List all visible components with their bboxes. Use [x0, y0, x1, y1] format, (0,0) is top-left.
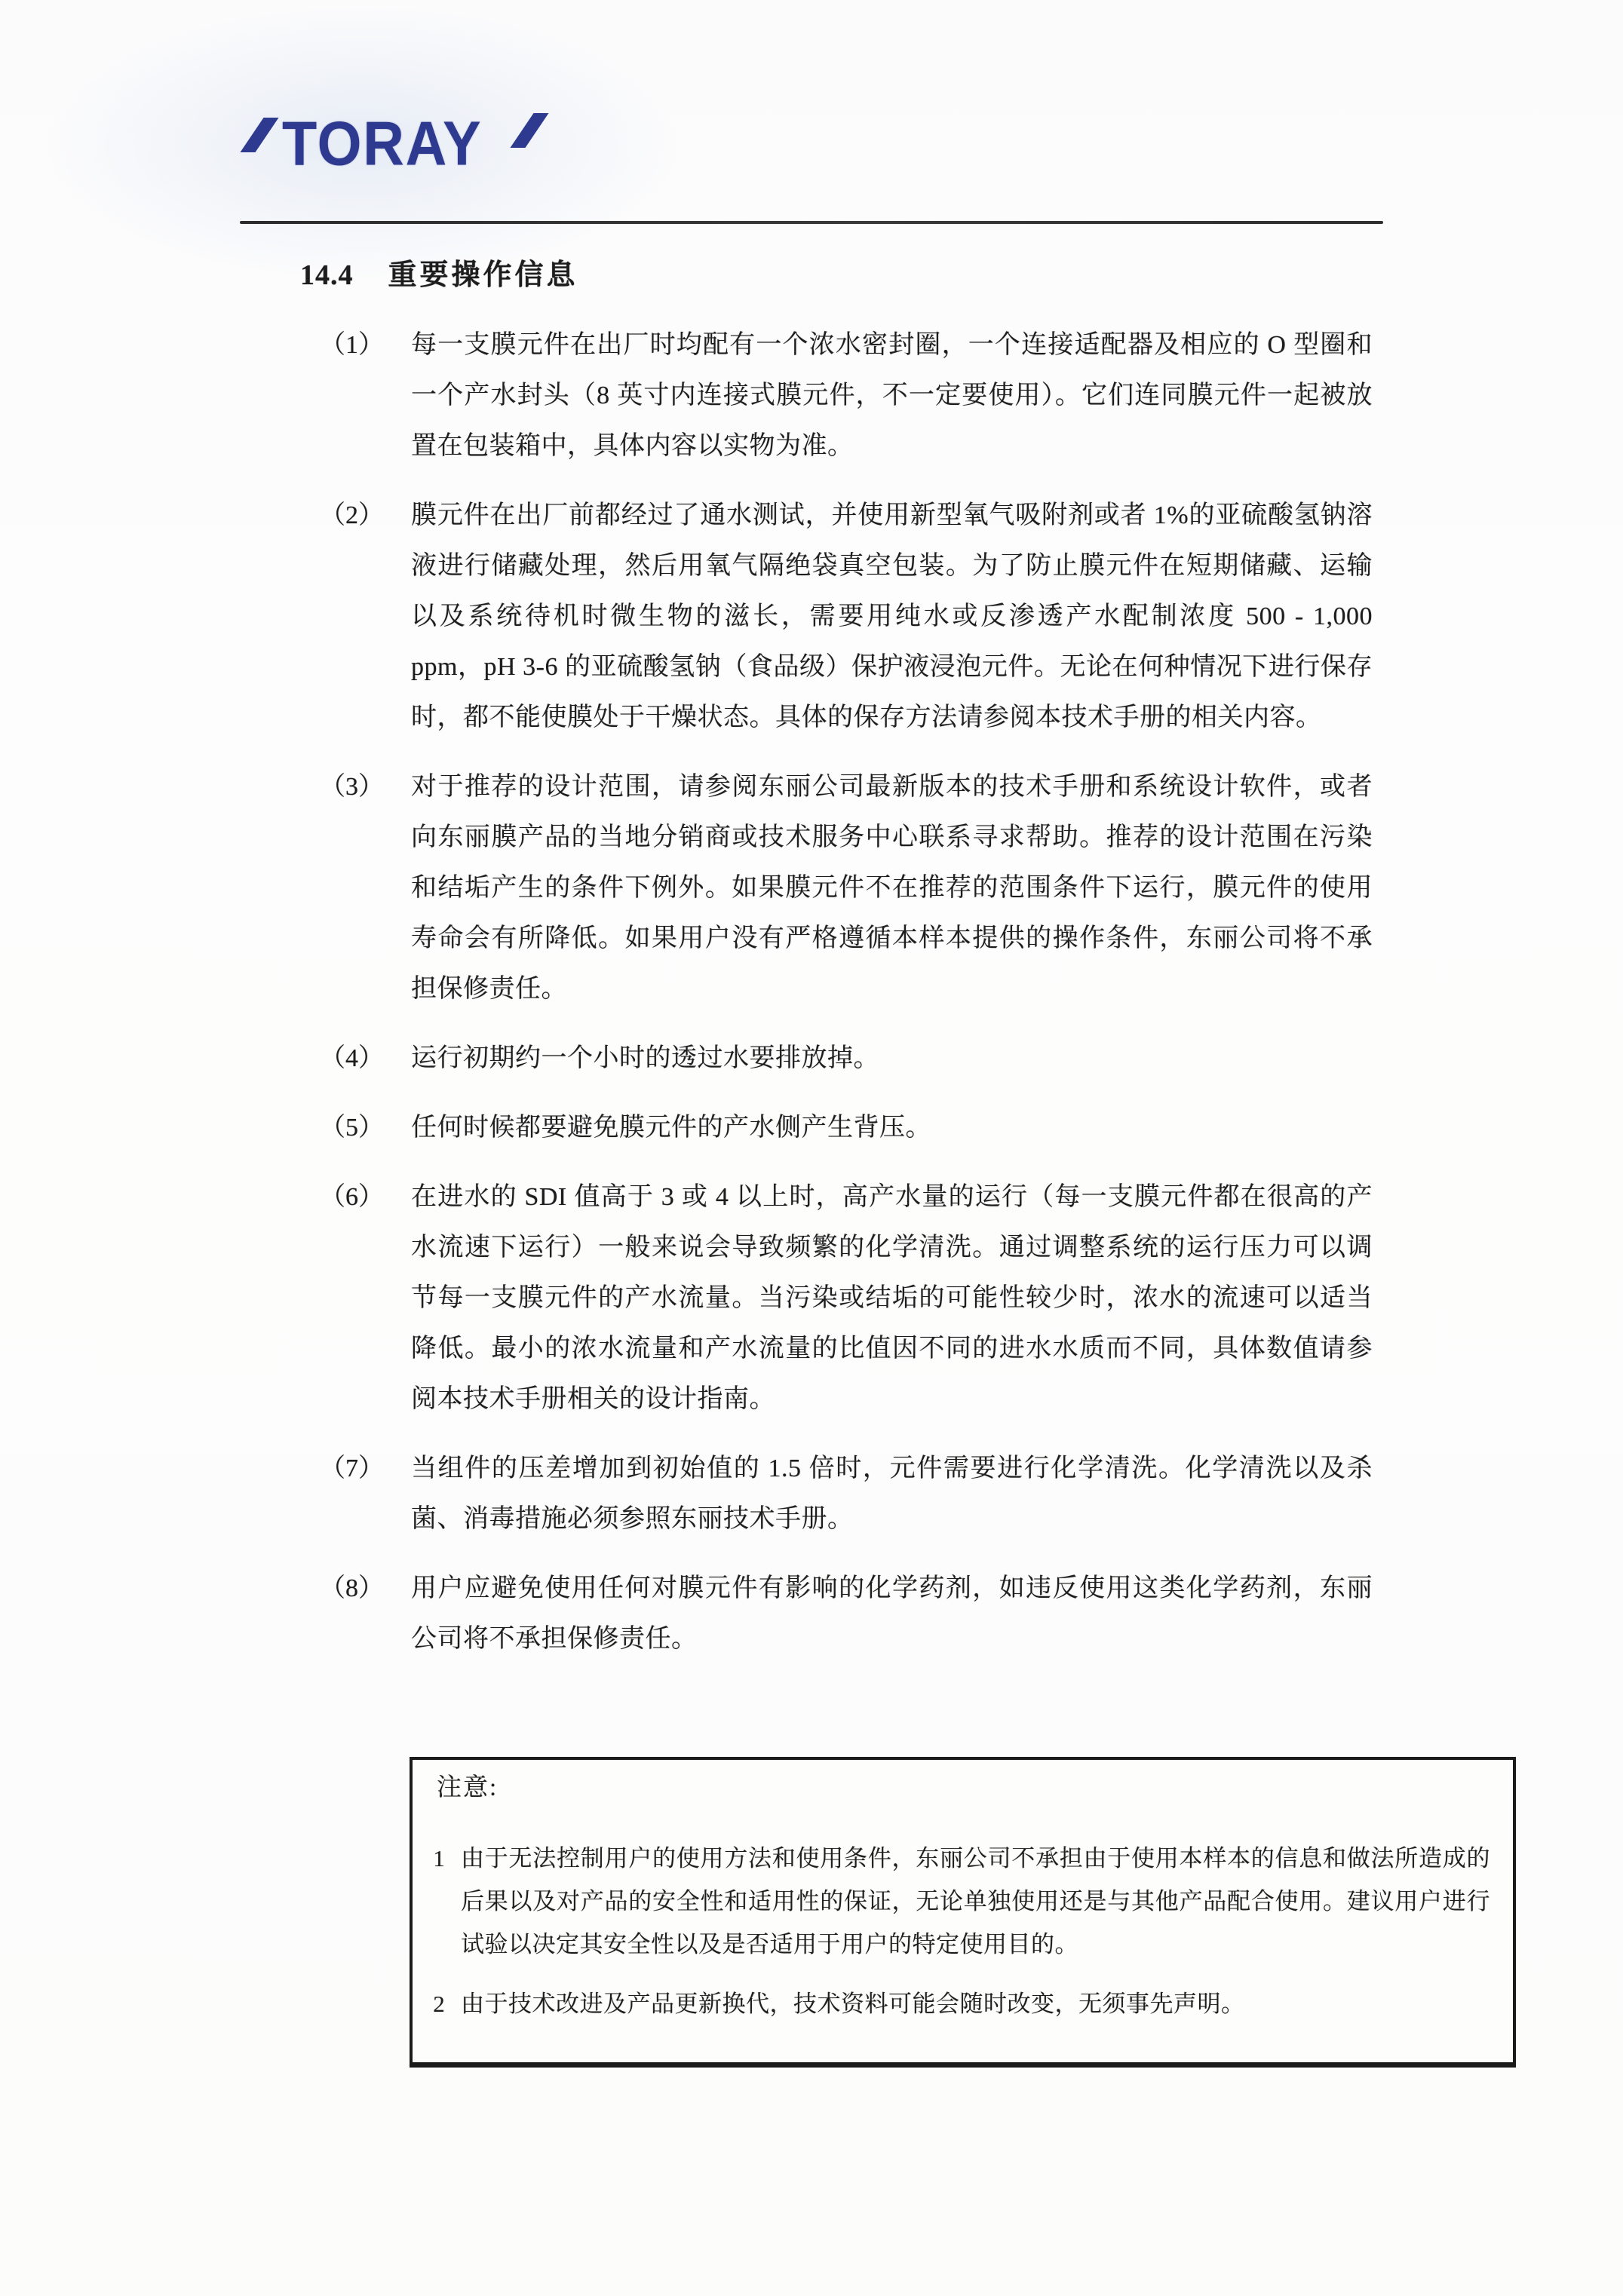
- note-box-title: 注意:: [437, 1770, 1490, 1805]
- section-number: 14.4: [300, 256, 354, 294]
- numbered-paragraph: （8） 用户应避免使用任何对膜元件有影响的化学药剂，如违反使用这类化学药剂，东丽…: [320, 1563, 1373, 1664]
- paragraph-text: 运行初期约一个小时的透过水要排放掉。: [411, 1033, 1373, 1084]
- numbered-paragraph: （6） 在进水的 SDI 值高于 3 或 4 以上时，高产水量的运行（每一支膜元…: [320, 1172, 1373, 1424]
- logo-right-quote-icon: [510, 113, 548, 148]
- toray-logo: TORAY: [247, 113, 537, 181]
- paragraph-text: 膜元件在出厂前都经过了通水测试，并使用新型氧气吸附剂或者 1%的亚硫酸氢钠溶液进…: [411, 490, 1373, 743]
- paragraph-text: 用户应避免使用任何对膜元件有影响的化学药剂，如违反使用这类化学药剂，东丽公司将不…: [411, 1563, 1373, 1664]
- paragraph-number: （3）: [320, 762, 411, 1014]
- paragraph-number: （2）: [320, 490, 411, 743]
- paragraph-text: 对于推荐的设计范围，请参阅东丽公司最新版本的技术手册和系统设计软件，或者向东丽膜…: [411, 762, 1373, 1014]
- paragraph-text: 任何时候都要避免膜元件的产水侧产生背压。: [411, 1102, 1373, 1153]
- header-divider: [240, 221, 1383, 224]
- section-title: 重要操作信息: [388, 256, 578, 294]
- numbered-paragraph: （3） 对于推荐的设计范围，请参阅东丽公司最新版本的技术手册和系统设计软件，或者…: [320, 762, 1373, 1014]
- paragraph-number: （5）: [320, 1102, 411, 1153]
- logo-left-quote-icon: [240, 118, 278, 152]
- paragraph-list: （1） 每一支膜元件在出厂时均配有一个浓水密封圈，一个连接适配器及相应的 O 型…: [320, 320, 1373, 1683]
- paragraph-number: （6）: [320, 1172, 411, 1424]
- paragraph-number: （8）: [320, 1563, 411, 1664]
- note-item: 1 由于无法控制用户的使用方法和使用条件，东丽公司不承担由于使用本样本的信息和做…: [417, 1837, 1490, 1966]
- numbered-paragraph: （2） 膜元件在出厂前都经过了通水测试，并使用新型氧气吸附剂或者 1%的亚硫酸氢…: [320, 490, 1373, 743]
- logo-wordmark: TORAY: [282, 116, 482, 171]
- note-item-text: 由于技术改进及产品更新换代，技术资料可能会随时改变，无须事先声明。: [461, 1982, 1490, 2025]
- paragraph-number: （1）: [320, 320, 411, 471]
- paragraph-text: 在进水的 SDI 值高于 3 或 4 以上时，高产水量的运行（每一支膜元件都在很…: [411, 1172, 1373, 1424]
- paragraph-text: 每一支膜元件在出厂时均配有一个浓水密封圈，一个连接适配器及相应的 O 型圈和一个…: [411, 320, 1373, 471]
- numbered-paragraph: （5） 任何时候都要避免膜元件的产水侧产生背压。: [320, 1102, 1373, 1153]
- note-item: 2 由于技术改进及产品更新换代，技术资料可能会随时改变，无须事先声明。: [417, 1982, 1490, 2025]
- note-item-number: 1: [417, 1837, 461, 1966]
- paragraph-text: 当组件的压差增加到初始值的 1.5 倍时，元件需要进行化学清洗。化学清洗以及杀菌…: [411, 1443, 1373, 1544]
- paragraph-number: （7）: [320, 1443, 411, 1544]
- numbered-paragraph: （7） 当组件的压差增加到初始值的 1.5 倍时，元件需要进行化学清洗。化学清洗…: [320, 1443, 1373, 1544]
- note-item-number: 2: [417, 1982, 461, 2025]
- numbered-paragraph: （1） 每一支膜元件在出厂时均配有一个浓水密封圈，一个连接适配器及相应的 O 型…: [320, 320, 1373, 471]
- note-item-list: 1 由于无法控制用户的使用方法和使用条件，东丽公司不承担由于使用本样本的信息和做…: [417, 1837, 1490, 2025]
- note-box: 注意: 1 由于无法控制用户的使用方法和使用条件，东丽公司不承担由于使用本样本的…: [410, 1757, 1516, 2068]
- section-heading: 14.4 重要操作信息: [300, 256, 578, 294]
- numbered-paragraph: （4） 运行初期约一个小时的透过水要排放掉。: [320, 1033, 1373, 1084]
- note-item-text: 由于无法控制用户的使用方法和使用条件，东丽公司不承担由于使用本样本的信息和做法所…: [461, 1837, 1490, 1966]
- paragraph-number: （4）: [320, 1033, 411, 1084]
- document-page: TORAY 14.4 重要操作信息 （1） 每一支膜元件在出厂时均配有一个浓水密…: [0, 0, 1623, 2296]
